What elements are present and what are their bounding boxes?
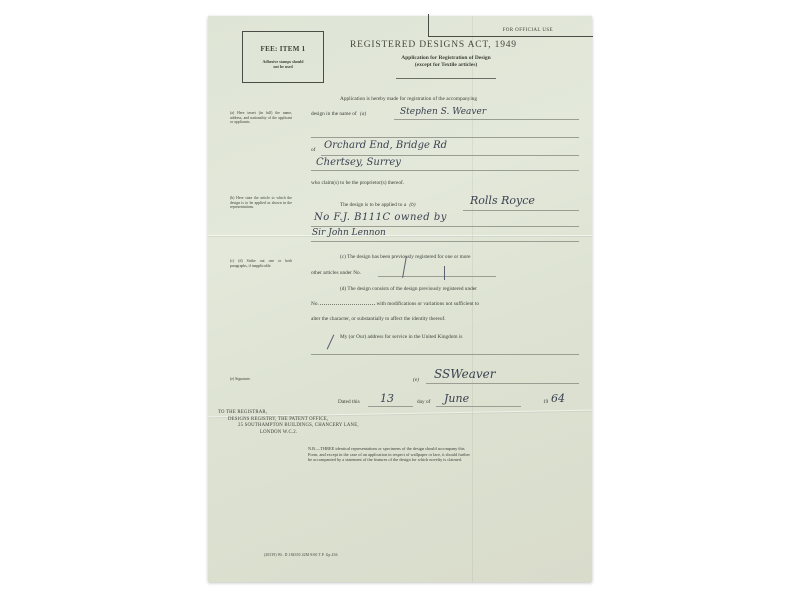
article-field-line-1[interactable]: Rolls Royce	[470, 194, 535, 207]
strike-mark	[327, 335, 335, 350]
printer-code: (20539) Wt. D.184350 42M 8/60 T.P. Gp.43…	[264, 553, 338, 557]
day-line	[368, 406, 413, 407]
day-of-label: day of	[417, 399, 430, 406]
applicant-name-line	[394, 119, 579, 120]
month-line	[436, 406, 521, 407]
dated-label: Dated this	[338, 399, 360, 406]
signature-field[interactable]: SSWeaver	[434, 367, 495, 381]
of-label: of	[311, 147, 315, 154]
year-prefix: 19	[543, 399, 548, 406]
official-use-box: FOR OFFICIAL USE	[428, 14, 593, 37]
paragraph-d-line-2: No. with modifications or variations not…	[311, 301, 479, 308]
article-field-line-3[interactable]: Sir John Lennon	[312, 228, 386, 238]
article-line-2-rule	[311, 226, 579, 227]
month-field[interactable]: June	[444, 392, 469, 405]
address-line-2-rule	[311, 170, 579, 171]
paragraph-c-line-2: other articles under No.	[311, 270, 361, 277]
address-line-1-rule	[321, 155, 579, 156]
signature-marker: (e)	[413, 377, 419, 384]
address-field-line-1[interactable]: Orchard End, Bridge Rd	[324, 140, 447, 151]
service-address-label: My (or Our) address for service in the U…	[340, 334, 462, 341]
article-line-1-rule	[463, 210, 579, 211]
blank-line	[311, 137, 579, 138]
intro-line-2: design in the name of (a)	[311, 111, 366, 118]
paragraph-d-line-1: (d) The design consists of the design pr…	[340, 286, 477, 293]
applicant-name-field[interactable]: Stephen S. Weaver	[400, 107, 486, 117]
title-rule	[396, 78, 496, 79]
modified-registration-no-field[interactable]	[320, 304, 375, 305]
fee-title: FEE: ITEM 1	[243, 45, 323, 53]
signature-line	[426, 383, 579, 384]
margin-note-cd: (c) (d) Strike out one or both paragraph…	[230, 259, 292, 268]
year-field[interactable]: 64	[551, 392, 565, 405]
address-field-line-2[interactable]: Chertsey, Surrey	[316, 157, 401, 168]
document-title: REGISTERED DESIGNS ACT, 1949	[350, 40, 517, 50]
nb-note: N.B.—THREE identical representations or …	[308, 446, 470, 463]
previous-registration-no-line	[378, 276, 496, 277]
fee-note: Adhesive stamps should not be used	[243, 59, 323, 69]
article-line-3-rule	[311, 241, 579, 242]
intro-line-1: Application is hereby made for registrat…	[340, 96, 477, 103]
fee-box: FEE: ITEM 1 Adhesive stamps should not b…	[242, 31, 324, 83]
paragraph-d-line-3: alter the character, or substantially to…	[311, 316, 446, 323]
margin-note-a: (a) Here insert (in full) the name, addr…	[230, 111, 292, 125]
day-field[interactable]: 13	[380, 392, 394, 405]
applied-to-label: The design is to be applied to a (b)	[340, 202, 416, 209]
margin-note-e: (e) Signature.	[230, 377, 292, 382]
official-use-label: FOR OFFICIAL USE	[503, 28, 553, 33]
article-field-line-2[interactable]: No F.J. B111C owned by	[314, 212, 447, 223]
application-form-paper: FEE: ITEM 1 Adhesive stamps should not b…	[208, 16, 592, 582]
service-address-line[interactable]	[311, 354, 579, 355]
strike-mark	[444, 266, 445, 280]
margin-note-b: (b) Here state the article to which the …	[230, 196, 292, 210]
proprietor-line: who claim(s) to be the proprietor(s) the…	[311, 180, 404, 187]
document-subtitle: Application for Registration of Design (…	[376, 55, 516, 69]
registrar-address: TO THE REGISTRAR, DESIGNS REGISTRY, THE …	[218, 410, 359, 436]
paper-crease	[208, 235, 592, 236]
